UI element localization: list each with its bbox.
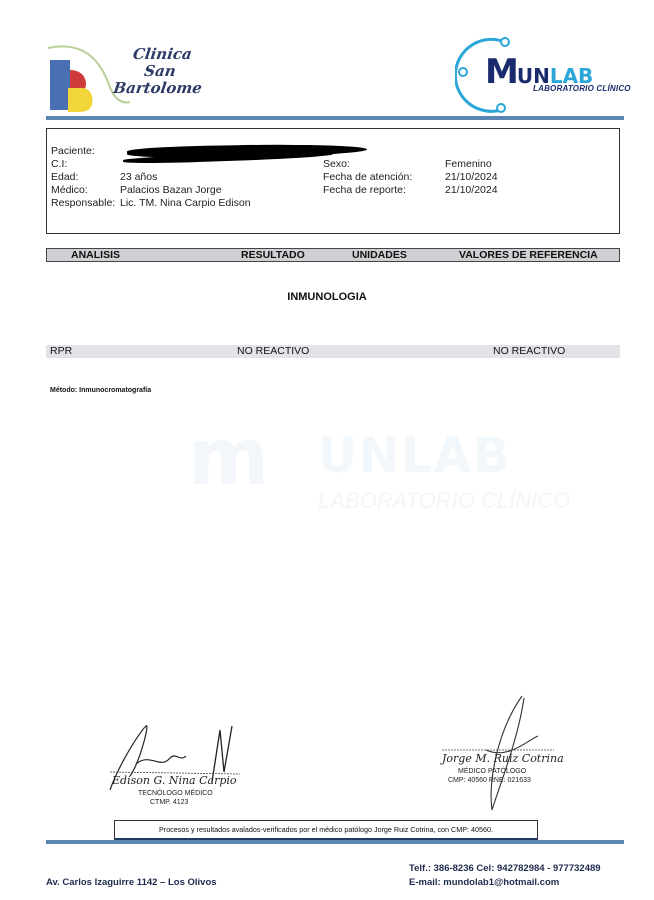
clinic-name-line2: San Bartolome [100,63,217,97]
label-report-date: Fecha de reporte: [323,184,406,197]
watermark-main: UNLAB [318,428,511,484]
lab-wordmark-m: M [485,52,517,92]
footer-email[interactable]: E-mail: mundolab1@hotmail.com [409,877,559,888]
value-sex: Femenino [445,158,492,171]
label-sex: Sexo: [323,158,350,171]
label-doctor: Médico: [51,184,88,197]
clinic-logo: Clinica San Bartolome [46,42,216,114]
header-divider [46,116,624,120]
col-units: UNIDADES [352,249,407,261]
results-table-header: ANALISIS RESULTADO UNIDADES VALORES DE R… [46,248,620,262]
signer-title: TECNÓLOGO MÉDICO [138,790,213,797]
footer-address: Av. Carlos Izaguirre 1142 – Los Olivos [46,877,217,888]
signature-pathologist: Jorge M. Ruiz Cotrina MÉDICO PATÓLOGO CM… [428,690,588,820]
value-doctor: Palacios Bazan Jorge [120,184,222,197]
section-title: INMUNOLOGIA [0,291,654,303]
col-reference: VALORES DE REFERENCIA [459,249,598,261]
value-attention-date: 21/10/2024 [445,171,498,184]
col-result: RESULTADO [241,249,305,261]
watermark-m: m [188,418,265,498]
lab-subtitle: LABORATORIO CLÍNICO [533,84,631,93]
signer-name: Jorge M. Ruiz Cotrina [442,752,564,765]
label-patient: Paciente: [51,145,95,158]
footer-phone: Telf.: 386-8236 Cel: 942782984 - 9777324… [409,863,601,874]
footer-divider [46,840,624,844]
value-responsible: Lic. TM. Nina Carpio Edison [120,197,251,210]
label-attention-date: Fecha de atención: [323,171,412,184]
row-analysis: RPR [50,345,72,358]
label-age: Edad: [51,171,78,184]
lab-logo: MUNLAB LABORATORIO CLÍNICO [455,36,625,114]
clinic-name-line1: Clinica [105,46,219,63]
watermark-subtitle: LABORATORIO CLÍNICO [318,488,570,514]
clinic-name: Clinica San Bartolome [100,46,219,97]
signature-technologist: Edison G. Nina Carpio TECNÓLOGO MÉDICO C… [100,722,270,814]
table-row: RPR NO REACTIVO NO REACTIVO [46,345,620,358]
value-report-date: 21/10/2024 [445,184,498,197]
watermark: m UNLAB LABORATORIO CLÍNICO [188,418,548,518]
row-result: NO REACTIVO [237,345,309,358]
label-ci: C.I: [51,158,67,171]
value-age: 23 años [120,171,157,184]
col-analysis: ANALISIS [71,249,120,261]
patient-info-box: Paciente: C.I: Edad: Médico: Responsable… [46,128,620,234]
signer-title: MÉDICO PATÓLOGO [458,768,526,775]
signer-name: Edison G. Nina Carpio [112,774,237,787]
signer-registration: CTMP. 4123 [150,799,188,806]
method-note: Método: Inmunocromatografía [50,387,151,394]
row-reference: NO REACTIVO [493,345,565,358]
label-responsible: Responsable: [51,197,115,210]
verification-disclaimer: Procesos y resultados avalados-verificad… [114,820,538,840]
signer-registration: CMP: 40560 RNE: 021633 [448,777,531,784]
